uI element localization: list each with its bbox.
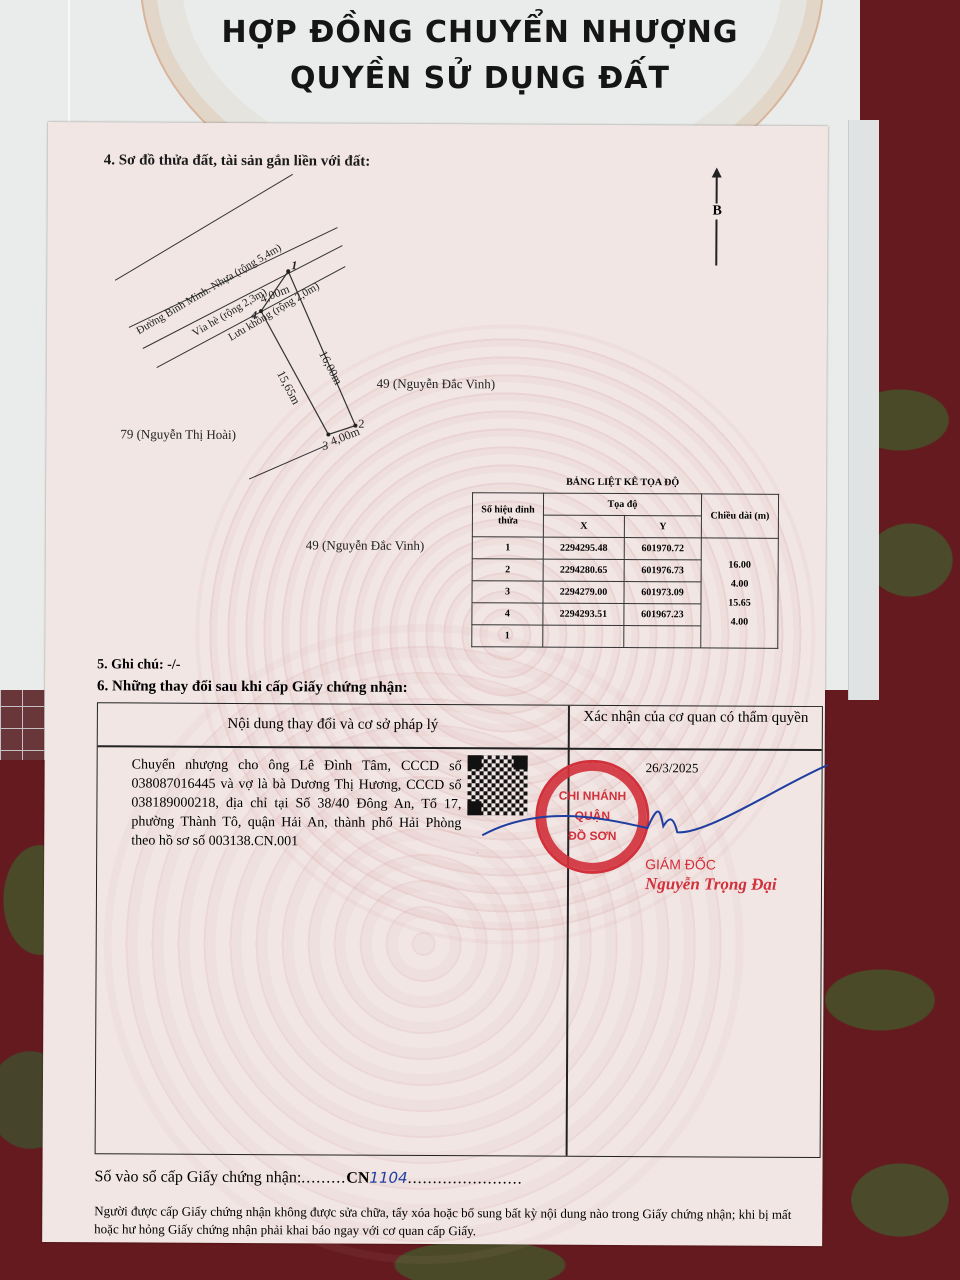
length-4-1: 4.00 (701, 612, 777, 631)
cell-vertex: 2 (472, 559, 543, 581)
section6-heading: 6. Những thay đổi sau khi cấp Giấy chứng… (97, 678, 408, 697)
vertex-3: 3 (322, 438, 328, 452)
cell-y: 601976.73 (624, 560, 701, 582)
header-vertex: Số hiệu đỉnh thửa (472, 493, 543, 537)
changes-content-header: Nội dung thay đổi và cơ sở pháp lý (98, 715, 568, 734)
cell-y: 601967.23 (624, 604, 701, 626)
cell-vertex: 4 (472, 603, 543, 625)
header-x: X (543, 515, 624, 537)
signature-icon (477, 745, 838, 867)
header-length: Chiều dài (m) (701, 494, 778, 538)
vertex-1: 1 (291, 258, 297, 272)
coordinate-table: Số hiệu đỉnh thửa Tọa độ Chiều dài (m) X… (471, 492, 779, 649)
booklet-title-line1: HỢP ĐỒNG CHUYỂN NHƯỢNG (0, 10, 960, 56)
changes-authority-header: Xác nhận của cơ quan có thẩm quyền (570, 708, 822, 727)
cell-y (624, 626, 701, 648)
coord-table-title: BẢNG LIỆT KÊ TỌA ĐỘ (566, 477, 679, 489)
cell-lengths: 16.00 4.00 15.65 4.00 (701, 538, 779, 648)
vertex-4: 4 (250, 308, 257, 322)
neighbor-right: 49 (Nguyễn Đắc Vinh) (377, 376, 496, 392)
change-description: Chuyển nhượng cho ông Lê Đình Tâm, CCCD … (131, 755, 461, 852)
warning-notice: Người được cấp Giấy chứng nhận không đượ… (94, 1202, 794, 1242)
cell-vertex: 1 (472, 625, 543, 647)
cell-x: 2294280.65 (543, 559, 624, 581)
registration-prefix: CN (346, 1170, 369, 1187)
vertex-2: 2 (358, 417, 364, 431)
cell-y: 601973.09 (624, 582, 701, 604)
booklet-title-line2: QUYỀN SỬ DỤNG ĐẤT (0, 56, 960, 102)
cell-vertex: 1 (472, 537, 543, 559)
table-row: 1 2294295.48 601970.72 16.00 4.00 15.65 … (472, 537, 778, 561)
certificate-page: 4. Sơ đồ thửa đất, tài sản gắn liền với … (42, 122, 828, 1246)
neighbor-bottom: 49 (Nguyễn Đắc Vinh) (306, 537, 425, 553)
booklet-pages-edge (848, 120, 879, 700)
length-3-4: 15.65 (701, 593, 777, 612)
edge-bottom-length: 4,00m (328, 424, 362, 448)
changes-table: Nội dung thay đổi và cơ sở pháp lý Xác n… (95, 702, 823, 1158)
cell-vertex: 3 (472, 581, 543, 603)
length-2-3: 4.00 (702, 574, 778, 593)
registration-line: Số vào sổ cấp Giấy chứng nhận:.........C… (94, 1167, 522, 1188)
section5-note: 5. Ghi chú: -/- (97, 657, 180, 673)
signer-name: Nguyễn Trọng Đại (645, 874, 777, 895)
cell-x: 2294279.00 (543, 581, 624, 603)
cell-x: 2294295.48 (543, 537, 624, 559)
header-y: Y (624, 516, 701, 538)
cell-x: 2294293.51 (543, 603, 624, 625)
header-coords: Tọa độ (543, 493, 701, 516)
registration-label: Số vào sổ cấp Giấy chứng nhận: (94, 1168, 301, 1186)
registration-number: 1104 (369, 1169, 407, 1187)
neighbor-left: 79 (Nguyễn Thị Hoài) (120, 426, 236, 442)
booklet-title: HỢP ĐỒNG CHUYỂN NHƯỢNG QUYỀN SỬ DỤNG ĐẤT (0, 10, 960, 102)
cell-x (543, 625, 624, 647)
edge-left-length: 15,65m (274, 368, 304, 407)
cell-y: 601970.72 (624, 538, 701, 560)
edge-right-length: 16,00m (316, 348, 346, 387)
signer-role: GIÁM ĐỐC (645, 856, 716, 872)
length-1-2: 16.00 (702, 555, 778, 574)
